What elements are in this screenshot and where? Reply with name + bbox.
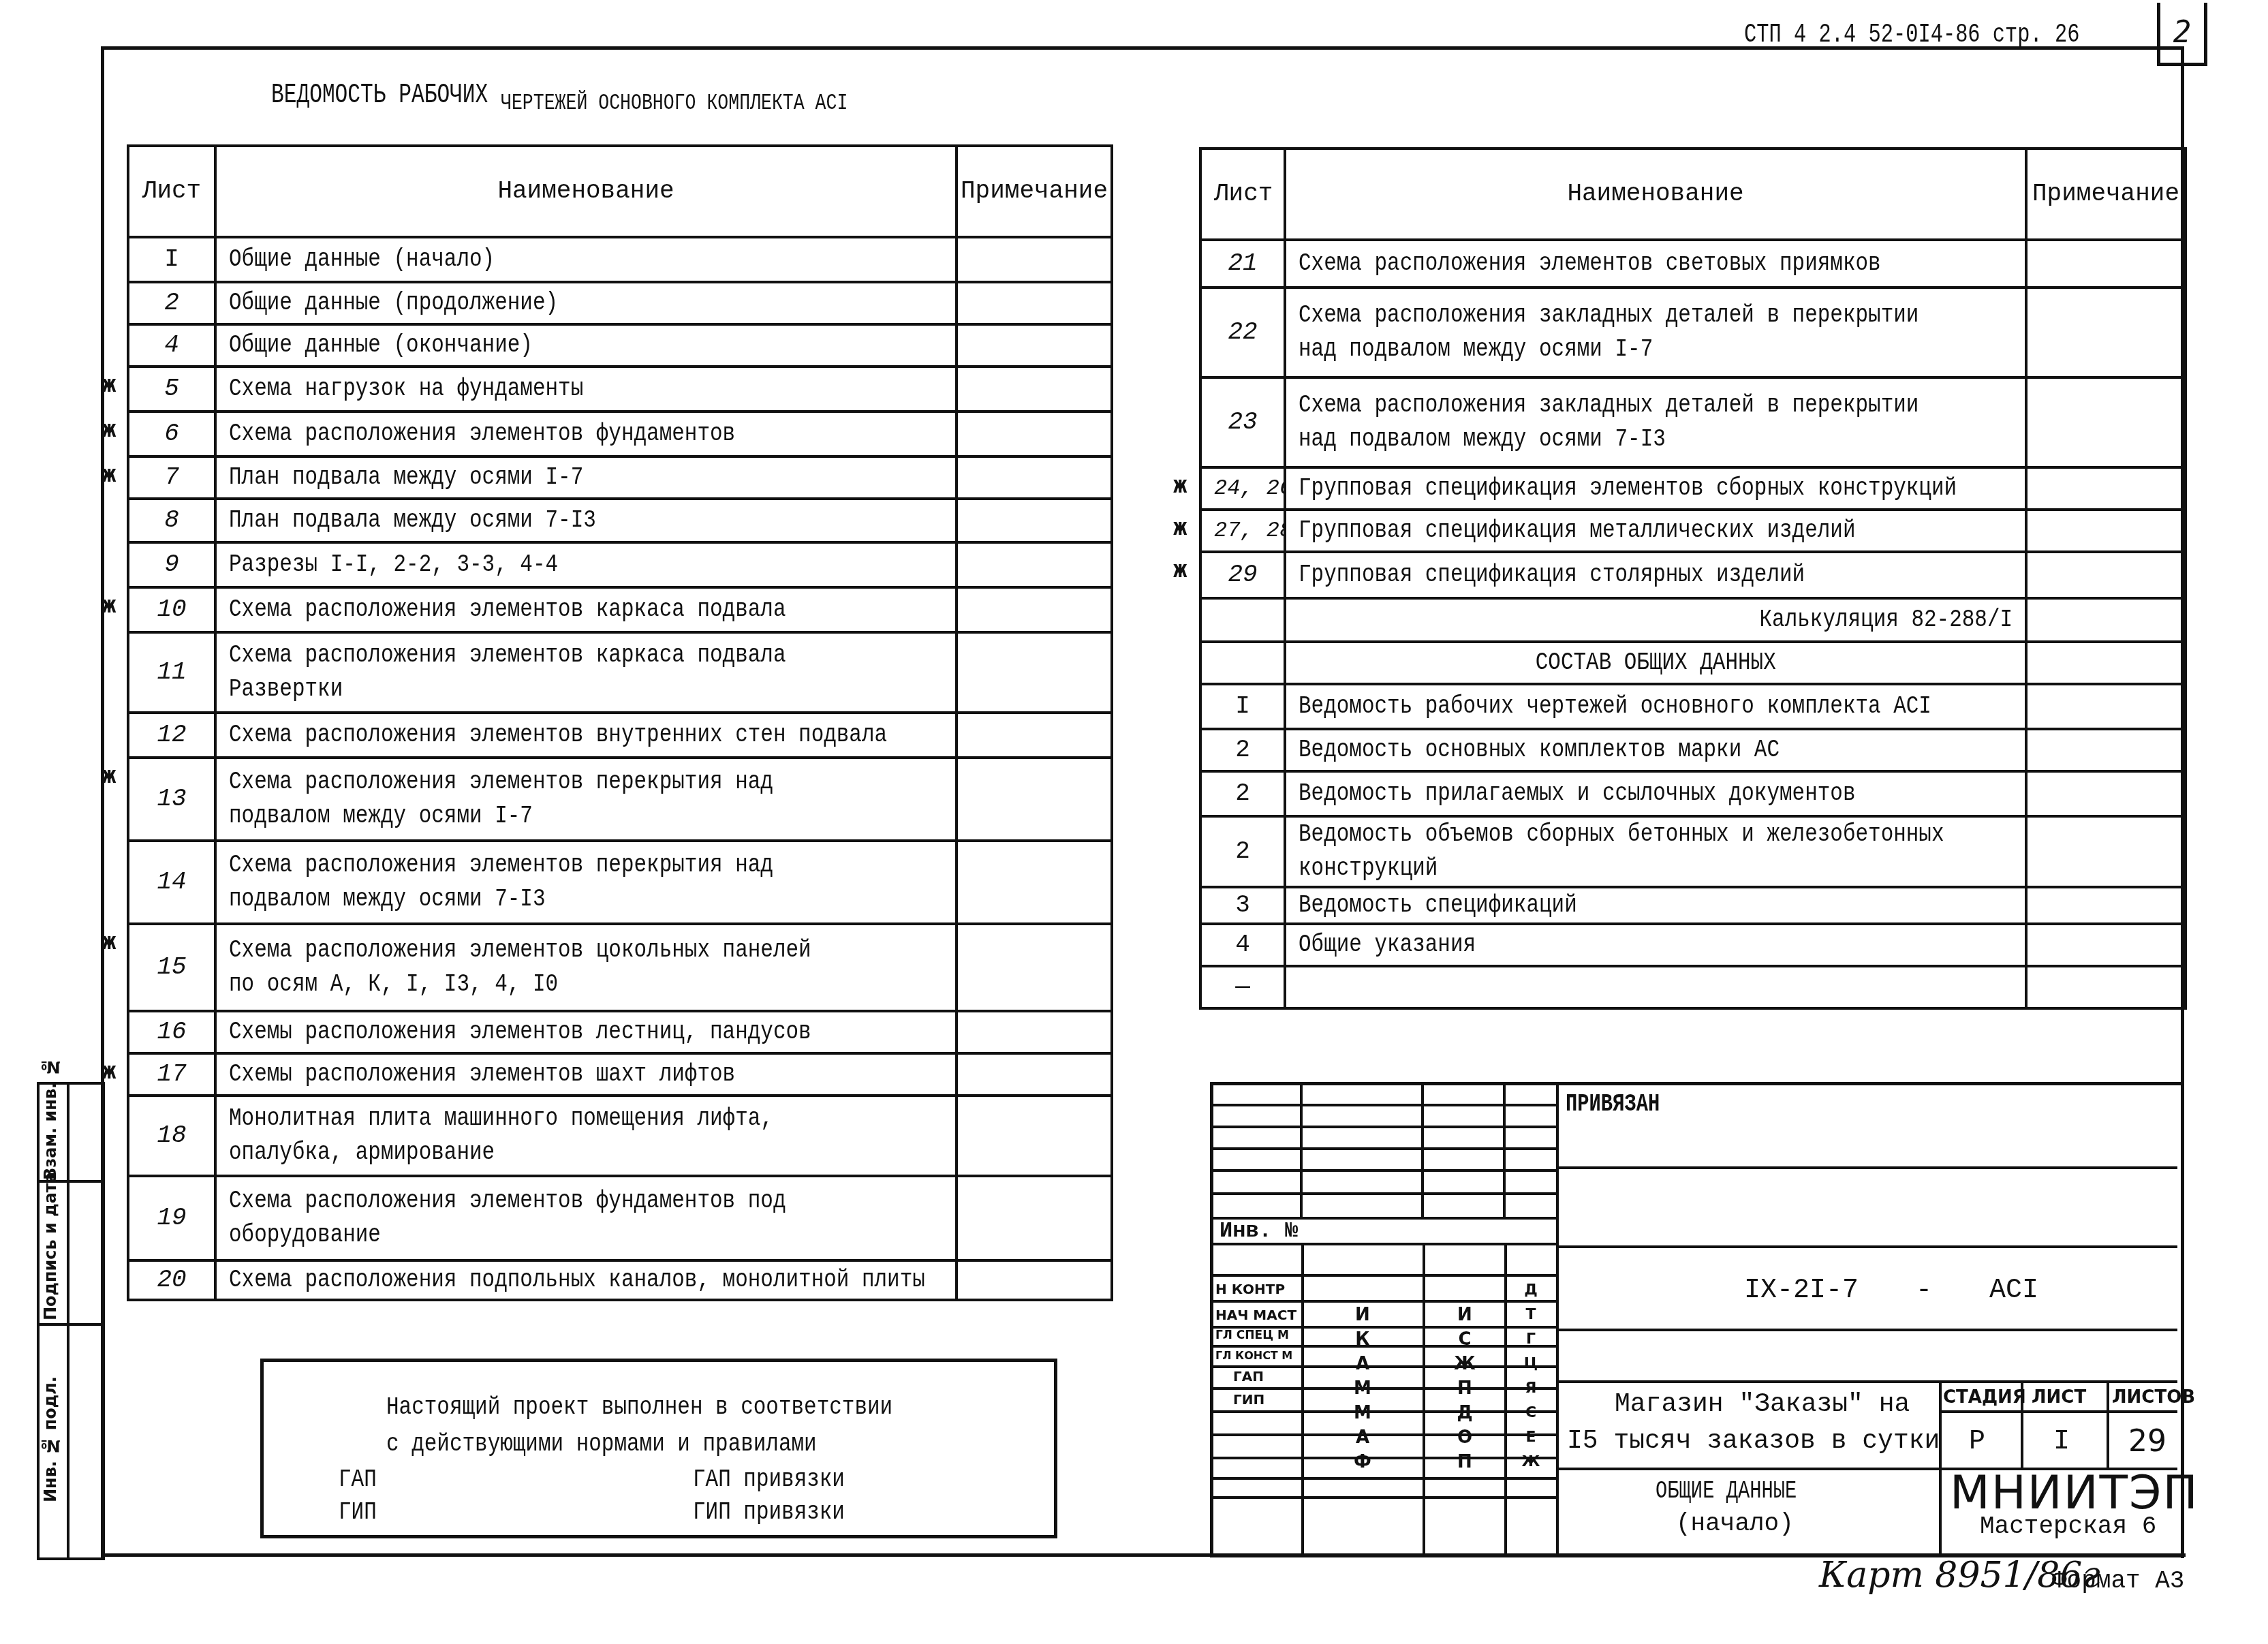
drawing-name-line: Ведомость объемов сборных бетонных и жел… xyxy=(1299,818,1944,852)
organization-unit: Мастерская 6 xyxy=(1980,1513,2156,1540)
drawing-name-line: Групповая спецификация металлических изд… xyxy=(1299,514,1855,548)
drawing-name-cell xyxy=(1285,966,2026,1008)
note-cell xyxy=(957,499,1112,542)
drawing-name-line: опалубка, армирование xyxy=(229,1136,495,1170)
drawing-name-cell: План подвала между осями 7-I3 xyxy=(215,499,957,542)
stamp-letter: Ж xyxy=(1508,1450,1553,1474)
compliance-note-box: Настоящий проект выполнен в соответствии… xyxy=(260,1359,1057,1538)
stamp-letter: И xyxy=(1329,1303,1397,1327)
sheet-number-cell: 11 xyxy=(128,632,215,713)
drawing-name-line: СОСТАВ ОБЩИХ ДАННЫХ xyxy=(1535,646,1775,680)
date-column: ДТГЦЯСЕЖ xyxy=(1508,1278,1553,1474)
table-row: 4Общие указания xyxy=(1200,924,2186,966)
table-row: 20Схема расположения подпольных каналов,… xyxy=(128,1260,1112,1300)
role-head-workshop: НАЧ МАСТ xyxy=(1215,1307,1296,1323)
sheet-number-cell: 18 xyxy=(128,1096,215,1176)
drawing-name-line: подвалом между осями 7-I3 xyxy=(229,882,545,916)
page-title-part1: ВЕДОМОСТЬ РАБОЧИХ xyxy=(271,80,488,111)
grid-line xyxy=(1210,1104,1556,1106)
sheets-label: ЛИСТОВ xyxy=(2112,1387,2195,1408)
drawing-name-line: оборудование xyxy=(229,1218,381,1252)
drawing-name-line: Развертки xyxy=(229,672,343,707)
project-name-line-2: I5 тысяч заказов в сутки xyxy=(1567,1427,1940,1456)
stage-label: СТАДИЯ xyxy=(1943,1387,2026,1408)
grid-line xyxy=(1210,1274,1556,1277)
drawing-name-cell: Схема расположения элементов каркаса под… xyxy=(215,632,957,713)
note-cell xyxy=(957,924,1112,1011)
drawing-name-cell: Схема расположения элементов фундаментов… xyxy=(215,1176,957,1260)
drawing-name-cell: Общие данные (окончание) xyxy=(215,324,957,367)
drawing-name-line: Схема расположения элементов каркаса под… xyxy=(229,593,786,627)
table-row: 2Ведомость основных комплектов марки АС xyxy=(1200,729,2186,771)
drawing-name-line: Схема расположения закладных деталей в п… xyxy=(1299,388,1919,422)
sheets-value: 29 xyxy=(2128,1424,2166,1459)
drawing-name-line: Общие данные (начало) xyxy=(229,243,495,277)
left-drawings-table: Лист Наименование Примечание IОбщие данн… xyxy=(127,144,1113,1301)
note-cell xyxy=(2026,467,2186,510)
table-header-row: Лист Наименование Примечание xyxy=(1200,149,2186,240)
drawing-name-line: Схема нагрузок на фундаменты xyxy=(229,372,583,406)
table-row: 2Ведомость прилагаемых и ссылочных докум… xyxy=(1200,771,2186,816)
note-cell xyxy=(2026,240,2186,288)
table-row: 2Ведомость объемов сборных бетонных и же… xyxy=(1200,816,2186,887)
sheet-number-cell: 20 xyxy=(128,1260,215,1300)
note-cell xyxy=(957,282,1112,324)
sheet-number-cell: 2 xyxy=(1200,771,1285,816)
note-cell xyxy=(2026,377,2186,467)
table-row: 2Общие данные (продолжение) xyxy=(128,282,1112,324)
table-row: 23Схема расположения закладных деталей в… xyxy=(1200,377,2186,467)
drawing-name-line: Схема расположения элементов перекрытия … xyxy=(229,848,773,882)
drawing-name-cell: Схема нагрузок на фундаменты xyxy=(215,367,957,412)
revision-mark: ж xyxy=(102,928,116,955)
sheet-number-cell: 14 xyxy=(128,841,215,924)
designation-code: IX-2I-7 xyxy=(1744,1275,1859,1306)
drawing-name-line: над подвалом между осями 7-I3 xyxy=(1299,422,1666,456)
table-row: 8План подвала между осями 7-I3 xyxy=(128,499,1112,542)
drawing-name-line: Общие данные (окончание) xyxy=(229,328,533,362)
table-row: 18Монолитная плита машинного помещения л… xyxy=(128,1096,1112,1176)
role-chief-specialist: ГЛ СПЕЦ М xyxy=(1215,1329,1289,1342)
drawing-name-line: Монолитная плита машинного помещения лиф… xyxy=(229,1102,773,1136)
note-cell xyxy=(2026,771,2186,816)
table-row: 21Схема расположения элементов световых … xyxy=(1200,240,2186,288)
sheet-number-cell: 7 xyxy=(128,456,215,499)
drawing-name-line: подвалом между осями I-7 xyxy=(229,799,533,833)
compliance-line-2: с действующими нормами и правилами xyxy=(386,1430,817,1458)
grid-line xyxy=(1504,1243,1507,1553)
drawing-name-line: Общие указания xyxy=(1299,928,1476,962)
grid-line xyxy=(1210,1496,1556,1499)
drawing-name-line: Схема расположения элементов перекрытия … xyxy=(229,765,773,799)
drawing-name-line: Схема расположения элементов каркаса под… xyxy=(229,638,786,672)
grid-line xyxy=(1939,1410,2177,1413)
drawing-name-cell: Схема расположения элементов перекрытия … xyxy=(215,841,957,924)
grid-line xyxy=(1556,1082,1559,1553)
grid-line xyxy=(1210,1169,1556,1172)
note-cell xyxy=(2026,552,2186,598)
drawing-name-line: Схема расположения элементов световых пр… xyxy=(1299,247,1881,281)
signature-column: ИСЖПДОП xyxy=(1438,1303,1492,1474)
drawing-name-cell: Схема расположения закладных деталей в п… xyxy=(1285,377,2026,467)
sheet-number-cell: 19 xyxy=(128,1176,215,1260)
table-row: 7План подвала между осями I-7 xyxy=(128,456,1112,499)
note-cell xyxy=(957,713,1112,758)
replaced-inventory-label: Взам. инв. № xyxy=(41,1087,65,1180)
grid-line xyxy=(1210,1477,1556,1480)
note-cell xyxy=(2026,684,2186,729)
note-cell xyxy=(2026,510,2186,552)
table-row: 22Схема расположения закладных деталей в… xyxy=(1200,288,2186,377)
drawing-name-line: Схема расположения подпольных каналов, м… xyxy=(229,1263,925,1297)
revision-mark: ж xyxy=(102,762,116,789)
table-row: 16Схемы расположения элементов лестниц, … xyxy=(128,1011,1112,1053)
grid-line xyxy=(1556,1166,2177,1169)
stamp-letter: И xyxy=(1438,1303,1492,1327)
grid-line xyxy=(2107,1380,2109,1468)
sheet-number-cell: 15 xyxy=(128,924,215,1011)
revision-mark: ж xyxy=(102,461,116,488)
drawing-name-line: Калькуляция 82-288/I xyxy=(1759,603,2013,637)
column-header-sheet: Лист xyxy=(1200,149,1285,240)
revision-mark: ж xyxy=(1173,514,1187,541)
sheet-number-cell: 22 xyxy=(1200,288,1285,377)
drawing-name-line: План подвала между осями I-7 xyxy=(229,461,583,495)
sheet-number-cell: 4 xyxy=(1200,924,1285,966)
left-stamp-divider xyxy=(40,1323,102,1326)
table-row: 19Схема расположения элементов фундамент… xyxy=(128,1176,1112,1260)
role-chief-constructor: ГЛ КОНСТ М xyxy=(1215,1349,1292,1362)
drawing-name-line: по осям А, К, I, I3, 4, I0 xyxy=(229,967,558,1002)
revision-mark: ж xyxy=(102,371,116,398)
table-row: 12Схема расположения элементов внутренни… xyxy=(128,713,1112,758)
drawing-name-line: Схема расположения элементов фундаментов… xyxy=(229,1184,786,1218)
note-cell xyxy=(2026,966,2186,1008)
note-cell xyxy=(2026,288,2186,377)
drawing-name-cell: Групповая спецификация элементов сборных… xyxy=(1285,467,2026,510)
original-inventory-label: Инв. № подл. xyxy=(41,1327,65,1552)
linked-label: ПРИВЯЗАН xyxy=(1566,1090,1660,1118)
gip-binding-label: ГИП привязки xyxy=(693,1498,845,1526)
note-cell xyxy=(2026,924,2186,966)
stamp-letter: П xyxy=(1438,1376,1492,1401)
grid-line xyxy=(1210,1192,1556,1195)
drawing-designation: IX-2I-7 - АСI xyxy=(1744,1275,2038,1306)
drawing-name-line: Ведомость спецификаций xyxy=(1299,888,1577,922)
stamp-letter: Ф xyxy=(1329,1450,1397,1474)
column-header-note: Примечание xyxy=(957,146,1112,237)
drawing-name-line: Групповая спецификация столярных изделий xyxy=(1299,558,1805,592)
drawing-name-line: План подвала между осями 7-I3 xyxy=(229,503,596,538)
column-header-name: Наименование xyxy=(1285,149,2026,240)
paper-format: Формат А3 xyxy=(2052,1567,2184,1595)
drawing-name-line: над подвалом между осями I-7 xyxy=(1299,332,1653,367)
grid-line xyxy=(1210,1243,1556,1245)
sheet-number-cell: 2 xyxy=(128,282,215,324)
note-cell xyxy=(957,1176,1112,1260)
sheet-label: ЛИСТ xyxy=(2032,1387,2086,1408)
grid-line xyxy=(1210,1147,1556,1150)
stamp-letter: Ж xyxy=(1438,1352,1492,1376)
drawing-name-cell: Ведомость рабочих чертежей основного ком… xyxy=(1285,684,2026,729)
drawing-name-line: Ведомость рабочих чертежей основного ком… xyxy=(1299,689,1931,724)
drawing-name-cell: Общие данные (начало) xyxy=(215,237,957,282)
revision-mark: ж xyxy=(1173,556,1187,583)
revision-mark: ж xyxy=(102,1057,116,1085)
sheet-title-line-2: (начало) xyxy=(1676,1510,1794,1538)
stamp-letter: Е xyxy=(1508,1425,1553,1450)
table-header-row: Лист Наименование Примечание xyxy=(128,146,1112,237)
stamp-letter: К xyxy=(1329,1327,1397,1352)
grid-line xyxy=(1301,1243,1304,1553)
sheet-number-cell: 8 xyxy=(128,499,215,542)
stamp-letter: Т xyxy=(1508,1303,1553,1327)
table-row: 3Ведомость спецификаций xyxy=(1200,887,2186,924)
sheet-number-cell: 29 xyxy=(1200,552,1285,598)
table-row: — xyxy=(1200,966,2186,1008)
gap-binding-label: ГАП привязки xyxy=(693,1465,845,1493)
note-cell xyxy=(957,412,1112,456)
table-row: 13Схема расположения элементов перекрыти… xyxy=(128,758,1112,841)
table-row: Калькуляция 82-288/I xyxy=(1200,598,2186,642)
drawing-name-cell: Общие указания xyxy=(1285,924,2026,966)
note-cell xyxy=(957,587,1112,632)
drawing-name-cell: Схема расположения элементов световых пр… xyxy=(1285,240,2026,288)
document-code: СТП 4 2.4 52-0I4-86 стр. 26 xyxy=(1744,20,2080,50)
stamp-letter: Д xyxy=(1508,1278,1553,1303)
drawing-name-line: Схема расположения закладных деталей в п… xyxy=(1299,298,1919,332)
drawing-name-cell: Калькуляция 82-288/I xyxy=(1285,598,2026,642)
drawing-name-line: Схема расположения элементов внутренних … xyxy=(229,718,887,752)
grid-line xyxy=(1423,1243,1425,1553)
drawing-name-cell: Схема расположения элементов фундаментов xyxy=(215,412,957,456)
grid-line xyxy=(1556,1245,2177,1248)
drawing-name-line: Групповая спецификация элементов сборных… xyxy=(1299,471,1957,506)
note-cell xyxy=(2026,598,2186,642)
note-cell xyxy=(957,632,1112,713)
table-row: 14Схема расположения элементов перекрыти… xyxy=(128,841,1112,924)
stage-value: Р xyxy=(1969,1427,1985,1457)
note-cell xyxy=(957,324,1112,367)
table-row: 9Разрезы I-I, 2-2, 3-3, 4-4 xyxy=(128,542,1112,587)
stamp-letter: М xyxy=(1329,1376,1397,1401)
sheet-value: I xyxy=(2053,1427,2070,1457)
drawing-name-cell: Схема расположения элементов каркаса под… xyxy=(215,587,957,632)
drawing-name-cell: План подвала между осями I-7 xyxy=(215,456,957,499)
note-cell xyxy=(957,1011,1112,1053)
sheet-number-cell: — xyxy=(1200,966,1285,1008)
table-row: 24, 26Групповая спецификация элементов с… xyxy=(1200,467,2186,510)
drawing-name-cell: Групповая спецификация металлических изд… xyxy=(1285,510,2026,552)
signature-date-label: Подпись и дата xyxy=(41,1184,65,1320)
drawing-name-line: Ведомость прилагаемых и ссылочных докуме… xyxy=(1299,777,1855,811)
table-row: 27, 28Групповая спецификация металлическ… xyxy=(1200,510,2186,552)
sheet-corner-number: 2 xyxy=(2157,3,2207,66)
left-vertical-stamp: Взам. инв. № Подпись и дата Инв. № подл. xyxy=(37,1082,105,1560)
table-row: 15Схема расположения элементов цокольных… xyxy=(128,924,1112,1011)
note-cell xyxy=(957,841,1112,924)
stamp-letter: С xyxy=(1508,1401,1553,1425)
table-row: 4Общие данные (окончание) xyxy=(128,324,1112,367)
note-cell xyxy=(2026,816,2186,887)
sheet-number-cell: 21 xyxy=(1200,240,1285,288)
table-row: 11Схема расположения элементов каркаса п… xyxy=(128,632,1112,713)
drawing-name-cell: СОСТАВ ОБЩИХ ДАННЫХ xyxy=(1285,642,2026,684)
sheet-number-cell: 27, 28 xyxy=(1200,510,1285,552)
note-cell xyxy=(957,1053,1112,1096)
grid-line xyxy=(1556,1380,2177,1383)
drawing-name-cell: Ведомость основных комплектов марки АС xyxy=(1285,729,2026,771)
drawing-name-cell: Монолитная плита машинного помещения лиф… xyxy=(215,1096,957,1176)
sheet-number-cell: 9 xyxy=(128,542,215,587)
note-cell xyxy=(957,237,1112,282)
drawing-name-line: Схемы расположения элементов лестниц, па… xyxy=(229,1015,811,1049)
right-drawings-table: Лист Наименование Примечание 21Схема рас… xyxy=(1199,147,2187,1010)
page-title-part2: ЧЕРТЕЖЕЙ ОСНОВНОГО КОМПЛЕКТА АСI xyxy=(501,91,848,117)
role-gap: ГАП xyxy=(1233,1368,1264,1384)
sheet-number-cell: 12 xyxy=(128,713,215,758)
designation-separator: - xyxy=(1916,1275,1932,1306)
sheet-number-cell: 3 xyxy=(1200,887,1285,924)
drawing-name-line: Ведомость основных комплектов марки АС xyxy=(1299,733,1780,767)
sheet-number-cell: 5 xyxy=(128,367,215,412)
note-cell xyxy=(2026,642,2186,684)
table-row: 29Групповая спецификация столярных издел… xyxy=(1200,552,2186,598)
table-row: 6Схема расположения элементов фундаменто… xyxy=(128,412,1112,456)
sheet-number-cell: 17 xyxy=(128,1053,215,1096)
sheet-number-cell: 13 xyxy=(128,758,215,841)
stamp-letter: С xyxy=(1438,1327,1492,1352)
sheet-number-cell: 10 xyxy=(128,587,215,632)
gap-label: ГАП xyxy=(339,1465,377,1493)
grid-line xyxy=(1556,1329,2177,1331)
drawing-name-cell: Групповая спецификация столярных изделий xyxy=(1285,552,2026,598)
drawing-name-cell: Схема расположения закладных деталей в п… xyxy=(1285,288,2026,377)
stamp-letter: П xyxy=(1438,1450,1492,1474)
stamp-letter: Д xyxy=(1438,1401,1492,1425)
drawing-name-cell: Схема расположения элементов внутренних … xyxy=(215,713,957,758)
drawing-name-cell: Общие данные (продолжение) xyxy=(215,282,957,324)
role-gip: ГИП xyxy=(1233,1391,1264,1408)
stamp-letter: О xyxy=(1438,1425,1492,1450)
drawing-name-cell: Разрезы I-I, 2-2, 3-3, 4-4 xyxy=(215,542,957,587)
stamp-letter: А xyxy=(1329,1425,1397,1450)
sheet-number-cell xyxy=(1200,642,1285,684)
sheet-number-cell xyxy=(1200,598,1285,642)
note-cell xyxy=(957,367,1112,412)
sheet-number-cell: 2 xyxy=(1200,816,1285,887)
note-cell xyxy=(957,1260,1112,1300)
revision-mark: ж xyxy=(1173,471,1187,499)
inventory-number-label: Инв. № xyxy=(1220,1218,1298,1243)
role-norm-control: Н КОНТР xyxy=(1215,1281,1285,1297)
drawing-name-cell: Схема расположения элементов перекрытия … xyxy=(215,758,957,841)
sheet-number-cell: I xyxy=(128,237,215,282)
table-row: 17Схемы расположения элементов шахт лифт… xyxy=(128,1053,1112,1096)
drawing-name-line: Разрезы I-I, 2-2, 3-3, 4-4 xyxy=(229,548,558,582)
stamp-letter: М xyxy=(1329,1401,1397,1425)
sheet-number-cell: 16 xyxy=(128,1011,215,1053)
drawing-name-cell: Ведомость объемов сборных бетонных и жел… xyxy=(1285,816,2026,887)
drawing-name-cell: Схема расположения элементов цокольных п… xyxy=(215,924,957,1011)
project-name-line-1: Магазин "Заказы" на xyxy=(1615,1390,1910,1419)
sheet-number-cell: I xyxy=(1200,684,1285,729)
drawing-name-line: Схема расположения элементов цокольных п… xyxy=(229,933,811,967)
compliance-line-1: Настоящий проект выполнен в соответствии xyxy=(386,1393,892,1421)
stamp-letter: А xyxy=(1329,1352,1397,1376)
drawing-name-line: конструкций xyxy=(1299,852,1438,886)
drawing-name-cell: Схемы расположения элементов лестниц, па… xyxy=(215,1011,957,1053)
drawing-name-line: Общие данные (продолжение) xyxy=(229,286,558,320)
note-cell xyxy=(957,1096,1112,1176)
drawing-name-cell: Ведомость спецификаций xyxy=(1285,887,2026,924)
designation-set: АСI xyxy=(1989,1275,2038,1306)
table-row: 5Схема нагрузок на фундаменты xyxy=(128,367,1112,412)
page-title: ВЕДОМОСТЬ РАБОЧИХ ЧЕРТЕЖЕЙ ОСНОВНОГО КОМ… xyxy=(271,80,848,111)
sheet-number-cell: 6 xyxy=(128,412,215,456)
column-header-name: Наименование xyxy=(215,146,957,237)
table-row: IВедомость рабочих чертежей основного ко… xyxy=(1200,684,2186,729)
column-header-sheet: Лист xyxy=(128,146,215,237)
note-cell xyxy=(2026,887,2186,924)
note-cell xyxy=(957,542,1112,587)
revision-mark: ж xyxy=(102,591,116,619)
table-row: IОбщие данные (начало) xyxy=(128,237,1112,282)
sheet-title-line-1: ОБЩИЕ ДАННЫЕ xyxy=(1656,1477,1797,1505)
note-cell xyxy=(957,456,1112,499)
surname-column: ИКАММАФ xyxy=(1329,1303,1397,1474)
sheet-number-cell: 23 xyxy=(1200,377,1285,467)
grid-line xyxy=(1939,1380,1942,1553)
column-header-note: Примечание xyxy=(2026,149,2186,240)
stamp-letter: Г xyxy=(1508,1327,1553,1352)
drawing-name-cell: Схема расположения подпольных каналов, м… xyxy=(215,1260,957,1300)
drawing-name-line: Схемы расположения элементов шахт лифтов xyxy=(229,1057,735,1091)
sheet-number-cell: 24, 26 xyxy=(1200,467,1285,510)
gip-label: ГИП xyxy=(339,1498,377,1526)
sheet-number-cell: 2 xyxy=(1200,729,1285,771)
note-cell xyxy=(2026,729,2186,771)
note-cell xyxy=(957,758,1112,841)
sheet-number-cell: 4 xyxy=(128,324,215,367)
table-row: 10Схема расположения элементов каркаса п… xyxy=(128,587,1112,632)
drawing-name-cell: Схемы расположения элементов шахт лифтов xyxy=(215,1053,957,1096)
table-row: СОСТАВ ОБЩИХ ДАННЫХ xyxy=(1200,642,2186,684)
stamp-letter: Ц xyxy=(1508,1352,1553,1376)
grid-line xyxy=(1210,1126,1556,1128)
drawing-name-line: Схема расположения элементов фундаментов xyxy=(229,417,735,451)
revision-mark: ж xyxy=(102,416,116,443)
drawing-name-cell: Ведомость прилагаемых и ссылочных докуме… xyxy=(1285,771,2026,816)
stamp-letter: Я xyxy=(1508,1376,1553,1401)
